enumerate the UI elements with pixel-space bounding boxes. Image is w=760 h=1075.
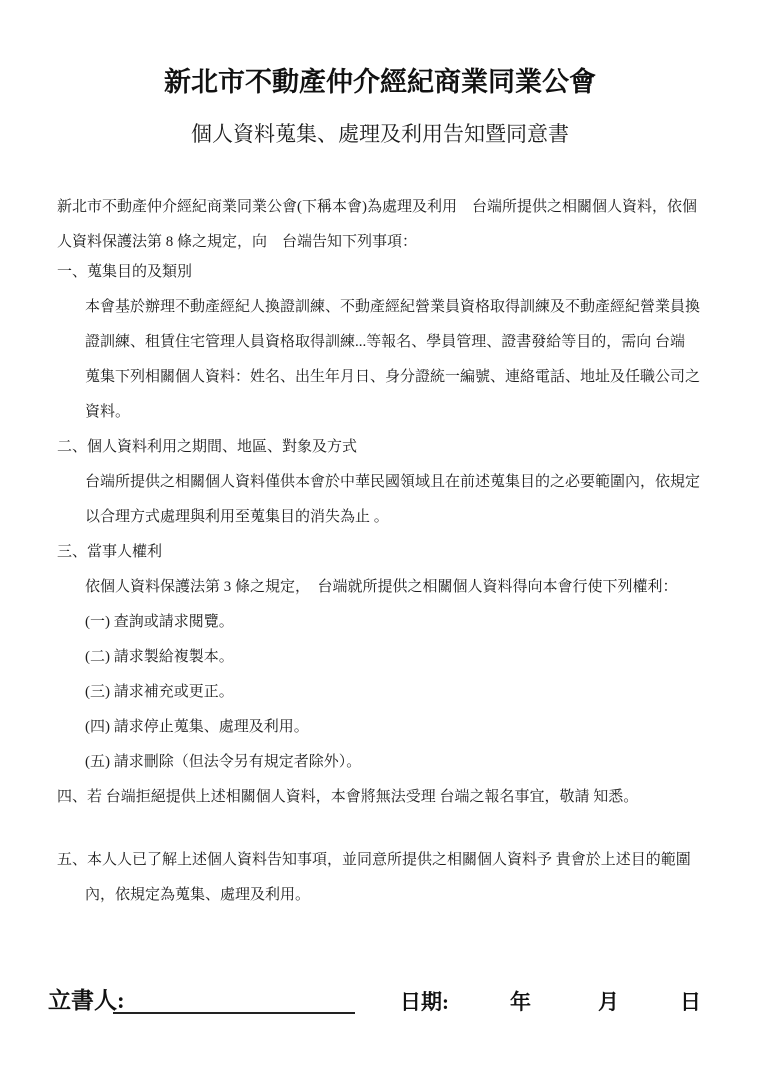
section-2-body-line: 以合理方式處理與利用至蒐集目的消失為止 。 xyxy=(85,500,707,535)
day-label: 日 xyxy=(680,989,701,1015)
section-5-line-2: 內，依規定為蒐集、處理及利用。 xyxy=(85,878,707,913)
section-5-line-1: 五、本人人已了解上述個人資料告知事項，並同意所提供之相關個人資料予 貴會於上述目… xyxy=(57,843,707,878)
rights-item-3: (三) 請求補充或更正。 xyxy=(85,675,707,710)
page-subtitle: 個人資料蒐集、處理及利用告知暨同意書 xyxy=(0,121,760,147)
rights-item-4: (四) 請求停止蒐集、處理及利用。 xyxy=(85,710,707,745)
year-label: 年 xyxy=(510,989,531,1015)
section-2-body-line: 台端所提供之相關個人資料僅供本會於中華民國領域且在前述蒐集目的之必要範圍內，依規… xyxy=(85,465,707,500)
section-3-heading: 三、當事人權利 xyxy=(57,535,707,570)
rights-item-1: (一) 查詢或請求閱覽。 xyxy=(85,605,707,640)
section-4-line: 四、若 台端拒絕提供上述相關個人資料，本會將無法受理 台端之報名事宜，敬請 知悉… xyxy=(57,780,707,815)
signature-line xyxy=(113,985,355,1014)
section-2-heading: 二、個人資料利用之期間、地區、對象及方式 xyxy=(57,430,707,465)
rights-item-5: (五) 請求刪除（但法令另有規定者除外）。 xyxy=(85,745,707,780)
date-label: 日期: xyxy=(400,989,449,1015)
page-title: 新北市不動產仲介經紀商業同業公會 xyxy=(0,66,760,98)
section-1-body-line: 本會基於辦理不動產經紀人換證訓練、不動產經紀營業員資格取得訓練及不動產經紀營業員… xyxy=(85,290,707,325)
signature-row: 立書人: 日期: 年 月 日 xyxy=(0,985,760,1031)
month-label: 月 xyxy=(598,989,619,1015)
intro-line-1: 新北市不動產仲介經紀商業同業公會(下稱本會)為處理及利用 台端所提供之相關個人資… xyxy=(57,190,707,225)
section-1-body-line: 資料。 xyxy=(85,395,707,430)
section-3-body-line: 依個人資料保護法第 3 條之規定， 台端就所提供之相關個人資料得向本會行使下列權… xyxy=(85,570,707,605)
consent-form-page: 新北市不動產仲介經紀商業同業公會 個人資料蒐集、處理及利用告知暨同意書 新北市不… xyxy=(0,0,760,1075)
section-1-body-line: 證訓練、租賃住宅管理人員資格取得訓練...等報名、學員管理、證書發給等目的，需向… xyxy=(85,325,707,360)
rights-item-2: (二) 請求製給複製本。 xyxy=(85,640,707,675)
document-body: 新北市不動產仲介經紀商業同業公會(下稱本會)為處理及利用 台端所提供之相關個人資… xyxy=(57,190,707,913)
section-1-heading: 一、蒐集目的及類別 xyxy=(57,255,707,290)
section-1-body-line: 蒐集下列相關個人資料：姓名、出生年月日、身分證統一編號、連絡電話、地址及任職公司… xyxy=(85,360,707,395)
